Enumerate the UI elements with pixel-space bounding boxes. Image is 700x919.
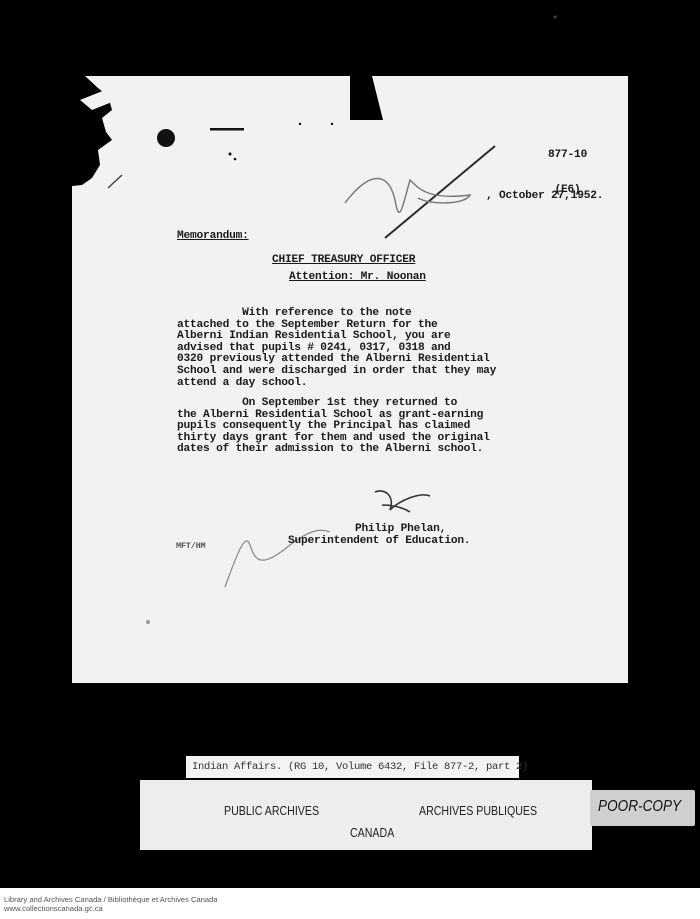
paragraph-line: School and were discharged in order that… (177, 366, 496, 378)
paragraph-line: On September 1st they returned to (177, 398, 490, 410)
paragraph-line: dates of their admission to the Alberni … (177, 444, 490, 456)
date: , October 27,1952. (486, 191, 603, 203)
archives-publiques-text: ARCHIVES PUBLIQUES (419, 804, 537, 818)
public-archives-text: PUBLIC ARCHIVES (224, 804, 319, 818)
footer-institution: Library and Archives Canada / Bibliothèq… (4, 895, 218, 904)
footer-credit: Library and Archives Canada / Bibliothèq… (4, 895, 218, 913)
archive-stamp-strip: PUBLIC ARCHIVES ARCHIVES PUBLIQUES CANAD… (140, 780, 592, 850)
paragraph-line: attend a day school. (177, 378, 496, 390)
recipient: CHIEF TREASURY OFFICER (272, 255, 415, 267)
poor-copy-text: POOR-COPY (598, 798, 681, 816)
canada-text: CANADA (350, 826, 394, 840)
archive-reference-label: Indian Affairs. (RG 10, Volume 6432, Fil… (186, 756, 519, 778)
initials: MFT/HM (176, 541, 205, 553)
paragraph-line: With reference to the note (177, 308, 496, 320)
signature-name: Philip Phelan, (355, 524, 446, 536)
paragraph-2: On September 1st they returned tothe Alb… (177, 398, 490, 456)
poor-copy-stamp: POOR-COPY (590, 790, 695, 826)
attention-line: Attention: Mr. Noonan (289, 272, 426, 284)
signature-title: Superintendent of Education. (288, 536, 470, 548)
memorandum-label: Memorandum: (177, 231, 249, 243)
reference-text: Indian Affairs. (RG 10, Volume 6432, Fil… (192, 761, 528, 773)
file-ref-number: 877-10 (548, 150, 587, 162)
footer-url[interactable]: www.collectionscanada.gc.ca (4, 904, 218, 913)
paragraph-1: With reference to the noteattached to th… (177, 308, 496, 389)
